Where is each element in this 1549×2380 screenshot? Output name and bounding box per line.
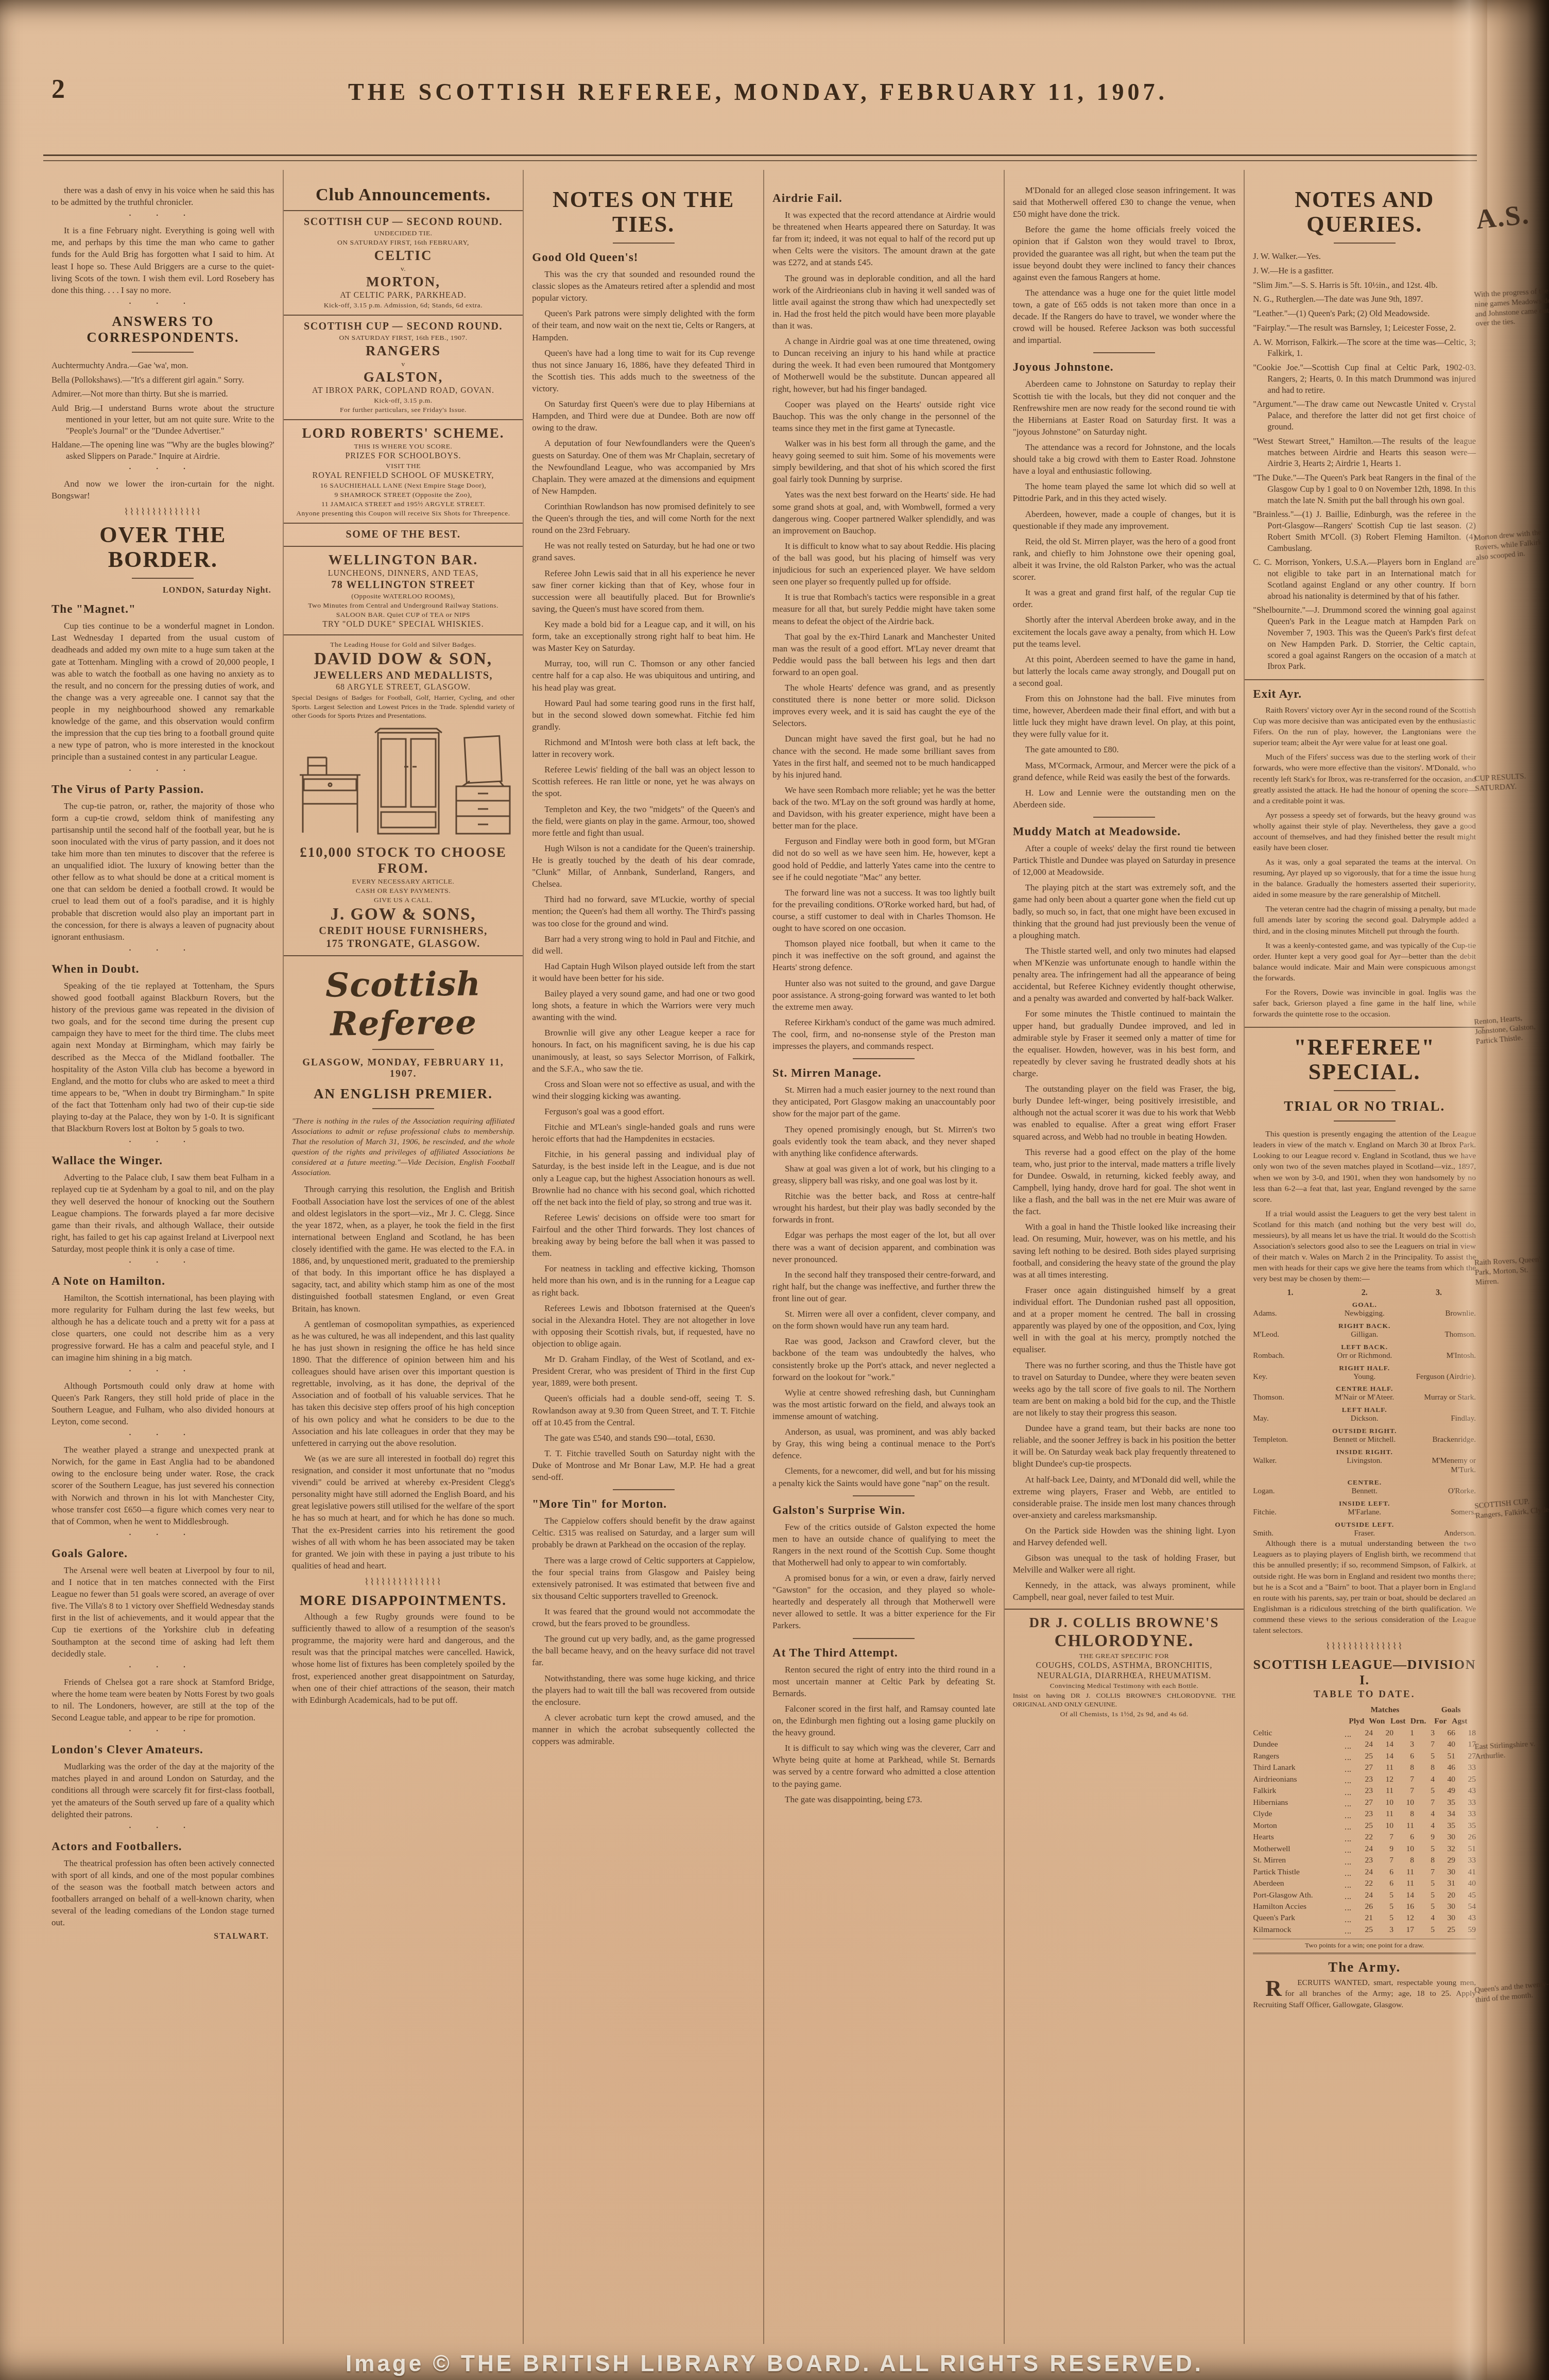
paragraph: Wylie at centre showed refreshing dash, … xyxy=(772,1387,995,1422)
team-name: Third Lanark xyxy=(1253,1763,1295,1772)
section-heading: TRIAL OR NO TRIAL. xyxy=(1253,1098,1476,1114)
paragraph: Queen's have had a long time to wait for… xyxy=(532,347,755,394)
advertisement: The Leading House for Gold and Silver Ba… xyxy=(292,641,515,720)
sub-heading: At The Third Attempt. xyxy=(772,1646,995,1660)
league-table-value: 25 xyxy=(1352,1924,1373,1936)
small-divider xyxy=(372,1049,434,1050)
paragraph: A deputation of four Newfoundlanders wer… xyxy=(532,437,755,497)
team-name: Hibernians xyxy=(1253,1798,1288,1807)
lineup-player: Bennett or Mitchell. xyxy=(1320,1435,1409,1445)
league-table-value: 11 xyxy=(1373,1762,1393,1773)
paragraph: It is true that Rombach's tactics were r… xyxy=(772,591,995,627)
team-name: Morton xyxy=(1253,1821,1277,1830)
advert-line: MORTON, xyxy=(292,274,515,290)
league-table-row: Port-Glasgow Ath.2451452045 xyxy=(1253,1890,1476,1901)
team-name: Hearts xyxy=(1253,1833,1273,1841)
advert-line: JEWELLERS AND MEDALLISTS, xyxy=(292,670,515,682)
paragraph: Anderson, as usual, was prominent, and w… xyxy=(772,1426,995,1461)
advert-line: J. GOW & SONS, xyxy=(292,905,515,924)
lineup-position-label: RIGHT HALF. xyxy=(1253,1364,1476,1372)
query-answer: Auld Brig.—I understand Burns wrote abou… xyxy=(51,403,274,436)
advert-line: SOME OF THE BEST. xyxy=(292,529,515,541)
paragraph: The weather played a strange and unexpec… xyxy=(51,1444,274,1527)
paragraph: St. Mirren had a much easier journey to … xyxy=(772,1084,995,1119)
league-table-team: Airdrieonians xyxy=(1253,1774,1344,1785)
league-table-team: Hamilton Accies xyxy=(1253,1901,1344,1912)
paragraph: The ground was in deplorable condition, … xyxy=(772,272,995,332)
paragraph: And now we lower the iron-curtain for th… xyxy=(51,478,274,502)
paragraph: Reid, the old St. Mirren player, was the… xyxy=(1013,536,1236,583)
page-header: 2 THE SCOTTISH REFEREE, MONDAY, FEBRUARY… xyxy=(44,61,1472,123)
dotted-leader xyxy=(1345,1832,1351,1841)
advertisement: SCOTTISH CUP — SECOND ROUND.ON SATURDAY … xyxy=(292,321,515,414)
page-left-edge xyxy=(0,0,41,2380)
lineup-player: M'Farlane. xyxy=(1320,1508,1409,1517)
advert-line: 78 WELLINGTON STREET xyxy=(292,579,515,591)
small-divider xyxy=(853,1058,915,1059)
section-heading: AN ENGLISH PREMIER. xyxy=(292,1086,515,1102)
paragraph: The whole Hearts' defence was grand, and… xyxy=(772,682,995,729)
paragraph: Bailey played a very sound game, and had… xyxy=(532,988,755,1023)
paragraph: A clever acrobatic turn kept the crowd a… xyxy=(532,1712,755,1747)
dotted-leader xyxy=(1345,1762,1351,1771)
league-table-value: 6 xyxy=(1373,1878,1393,1889)
league-table-value: 16 xyxy=(1393,1901,1414,1912)
paragraph: This was the cry that sounded and resoun… xyxy=(532,268,755,304)
article-headline: NOTES ON THE TIES. xyxy=(532,187,755,236)
paragraph: The cup-tie patron, or, rather, the majo… xyxy=(51,800,274,943)
sub-heading: The Virus of Party Passion. xyxy=(51,783,274,796)
league-table-row: Kilmarnock2531752559 xyxy=(1253,1924,1476,1936)
team-name: Clyde xyxy=(1253,1809,1272,1818)
league-table-value: 5 xyxy=(1414,1901,1435,1912)
league-table-value: 4 xyxy=(1414,1912,1435,1924)
sub-heading: Good Old Queen's! xyxy=(532,251,755,264)
advert-line: NEURALGIA, DIARRHŒA, RHEUMATISM. xyxy=(1013,1671,1236,1681)
lineup-row: May.Dickson.Findlay. xyxy=(1253,1414,1476,1424)
advert-line: AT CELTIC PARK, PARKHEAD. xyxy=(292,291,515,300)
sub-heading: A Note on Hamilton. xyxy=(51,1274,274,1288)
paragraph: This question is presently engaging the … xyxy=(1253,1129,1476,1205)
advert-line: PRIZES FOR SCHOOLBOYS. xyxy=(292,452,515,461)
paragraph: Queen's Park patrons were simply delight… xyxy=(532,307,755,343)
small-divider xyxy=(1093,817,1155,818)
league-table-row: Morton25101143535 xyxy=(1253,1820,1476,1832)
lineup-player: Rombach. xyxy=(1253,1351,1320,1361)
small-divider xyxy=(853,1495,915,1496)
lineup-player: Fraser. xyxy=(1320,1529,1409,1539)
sub-heading: Galston's Surprise Win. xyxy=(772,1504,995,1517)
league-table-row: St. Mirren237882933 xyxy=(1253,1855,1476,1866)
fold-text-fragment: CUP RESULTS. SATURDAY. xyxy=(1474,770,1549,794)
league-table-row: Partick Thistle2461173041 xyxy=(1253,1867,1476,1878)
paragraph: It is difficult to know what to say abou… xyxy=(772,540,995,588)
league-table-value: 12 xyxy=(1373,1774,1393,1785)
advert-line: Two Minutes from Central and Underground… xyxy=(292,601,515,610)
paragraph: In the second half they transposed their… xyxy=(772,1269,995,1304)
paragraph: Falconer scored in the first half, and R… xyxy=(772,1703,995,1738)
league-table-value: 17 xyxy=(1393,1924,1414,1936)
advertisement: DR J. COLLIS BROWNE'SCHLORODYNE.THE GREA… xyxy=(1013,1615,1236,1718)
league-table-value: 7 xyxy=(1373,1855,1393,1866)
paragraph: Fitchie and M'Lean's single-handed goals… xyxy=(532,1121,755,1145)
paragraph: Gibson was unequal to the task of holdin… xyxy=(1013,1552,1236,1576)
league-table-header-row: PlydWonLostDrn.ForAgst xyxy=(1253,1716,1476,1727)
league-table-value: 27 xyxy=(1352,1762,1373,1773)
advert-line: CELTIC xyxy=(292,248,515,264)
paragraph: For neatness in tackling and effective k… xyxy=(532,1263,755,1298)
advert-divider xyxy=(284,419,523,420)
advert-line: 16 SAUCHIEHALL LANE (Next Empire Stage D… xyxy=(292,481,515,490)
query-answer: Admirer.—Not more than thirty. But she i… xyxy=(51,388,274,400)
league-table-value: 7 xyxy=(1414,1797,1435,1808)
paragraph: There was no further scoring, and thus t… xyxy=(1013,1359,1236,1419)
league-table-value: 8 xyxy=(1393,1762,1414,1773)
paragraph: The outstanding player on the field was … xyxy=(1013,1083,1236,1143)
lineup-row: Smith.Fraser.Anderson. xyxy=(1253,1529,1476,1539)
lineup-row: M'Leod.Gilligan.Thomson. xyxy=(1253,1330,1476,1340)
advert-line: EVERY NECESSARY ARTICLE. xyxy=(292,877,515,886)
league-table-value: 3 xyxy=(1393,1739,1414,1750)
trial-team-number: 1. xyxy=(1253,1288,1327,1298)
paragraph: Clements, for a newcomer, did well, and … xyxy=(772,1465,995,1489)
trial-teams-header-row: 1.2.3. xyxy=(1253,1288,1476,1298)
advert-line: v xyxy=(292,360,515,368)
small-divider xyxy=(853,1638,915,1639)
paragraph: It was feared that the ground would not … xyxy=(532,1606,755,1629)
paragraph: At this point, Aberdeen seemed to have t… xyxy=(1013,653,1236,689)
lineup-player: May. xyxy=(1253,1414,1320,1424)
paragraph: Richmond and M'Intosh were both class at… xyxy=(532,736,755,760)
league-table-value: 24 xyxy=(1352,1739,1373,1750)
advert-line: 11 JAMAICA STREET and 195½ ARGYLE STREET… xyxy=(292,500,515,508)
paragraph: For some minutes the Thistle continued t… xyxy=(1013,1008,1236,1079)
paragraph: He was not really tested on Saturday, bu… xyxy=(532,540,755,563)
paragraph: The forward line was not a success. It w… xyxy=(772,887,995,934)
advert-line: DR J. COLLIS BROWNE'S xyxy=(1013,1615,1236,1631)
team-name: Port-Glasgow Ath. xyxy=(1253,1891,1313,1900)
paragraph: Kennedy, in the attack, was always promi… xyxy=(1013,1579,1236,1603)
league-table-value: 5 xyxy=(1414,1924,1435,1936)
league-table-value: 25 xyxy=(1352,1751,1373,1762)
lineup-row: Thomson.M'Nair or M'Ateer.Murray or Star… xyxy=(1253,1393,1476,1403)
advert-line: 175 TRONGATE, GLASGOW. xyxy=(292,938,515,950)
paragraph: The playing pitch at the start was extre… xyxy=(1013,882,1236,941)
paragraph: It was expected that the record attendan… xyxy=(772,209,995,269)
lineup-row: Walker.Livingston.M'Menemy or M'Turk. xyxy=(1253,1456,1476,1476)
league-table-value: 1 xyxy=(1393,1728,1414,1739)
league-table-value: 23 xyxy=(1352,1785,1373,1797)
league-table-value: 8 xyxy=(1393,1855,1414,1866)
fold-text-fragment: East Stirlingshire v. Arthurlie. xyxy=(1474,1738,1549,1762)
advert-line: Insist on having DR J. COLLIS BROWNE'S C… xyxy=(1013,1691,1236,1709)
paragraph: Referees Lewis and Ibbotson fraternised … xyxy=(532,1302,755,1350)
paragraph: Fitchie, in his general passing and indi… xyxy=(532,1148,755,1208)
sub-heading: Muddy Match at Meadowside. xyxy=(1013,825,1236,838)
header-divider xyxy=(43,154,1477,161)
advert-divider xyxy=(284,546,523,547)
league-table-row: Hearts227693026 xyxy=(1253,1832,1476,1843)
advert-line: THE GREAT SPECIFIC FOR xyxy=(1013,1652,1236,1660)
lineup-player: Gilligan. xyxy=(1320,1330,1409,1340)
lineup-row: Adams.Newbigging.Brownlie. xyxy=(1253,1309,1476,1319)
league-table-value: 12 xyxy=(1393,1912,1414,1924)
section-break-ornament: · · · xyxy=(51,1367,274,1376)
paragraph: It was a keenly-contested game, and was … xyxy=(1253,940,1476,984)
paragraph: Dundee have a grand team, but their back… xyxy=(1013,1422,1236,1470)
small-divider xyxy=(1334,1090,1396,1091)
lineup-player: Fitchie. xyxy=(1253,1508,1320,1517)
issue-dateline: GLASGOW, MONDAY, FEBRUARY 11, 1907. xyxy=(292,1057,515,1080)
section-heading: MORE DISAPPOINTMENTS. xyxy=(292,1593,515,1609)
league-table-value: 3 xyxy=(1373,1924,1393,1936)
league-table-col-header: Plyd xyxy=(1344,1716,1364,1727)
sub-heading: Actors and Footballers. xyxy=(51,1840,274,1853)
league-table-value: 10 xyxy=(1393,1843,1414,1855)
lineup-row: Rombach.Orr or Richmond.M'Intosh. xyxy=(1253,1351,1476,1361)
league-table-value: 4 xyxy=(1414,1774,1435,1785)
dotted-leader xyxy=(1345,1912,1351,1922)
team-name: Partick Thistle xyxy=(1253,1868,1300,1876)
paragraph: Brownlie will give any other League keep… xyxy=(532,1027,755,1074)
paragraph: We have seen Rombach more reliable; yet … xyxy=(772,784,995,832)
paragraph: If a trial would assist the Leaguers to … xyxy=(1253,1209,1476,1285)
query-answer: Haldane.—The opening line was "'Why are … xyxy=(51,439,274,462)
league-table-value: 8 xyxy=(1414,1762,1435,1773)
paragraph: Hugh Wilson is not a candidate for the Q… xyxy=(532,842,755,890)
dotted-leader xyxy=(1345,1924,1351,1934)
dotted-leader xyxy=(1345,1774,1351,1783)
library-watermark: Image © THE BRITISH LIBRARY BOARD. ALL R… xyxy=(0,2351,1549,2377)
paragraph: Mr D. Graham Findlay, of the West of Sco… xyxy=(532,1353,755,1389)
fold-text-fragment: With the progress of the nine games Mead… xyxy=(1474,286,1549,329)
paragraph: Referee Kirkham's conduct of the game wa… xyxy=(772,1016,995,1052)
league-table-row: Aberdeen2261153140 xyxy=(1253,1878,1476,1889)
league-table-row: Dundee2414374017 xyxy=(1253,1739,1476,1750)
paragraph: Referee John Lewis said that in all his … xyxy=(532,567,755,615)
league-table-value: 24 xyxy=(1352,1728,1373,1739)
paragraph: Ayr possess a speedy set of forwards, bu… xyxy=(1253,810,1476,853)
lineup-player: Newbigging. xyxy=(1320,1309,1409,1319)
paragraph: Fraser once again distinguished himself … xyxy=(1013,1284,1236,1356)
paragraph: Hamilton, the Scottish international, ha… xyxy=(51,1292,274,1364)
advert-line: Of all Chemists, 1s 1½d, 2s 9d, and 4s 6… xyxy=(1013,1710,1236,1718)
paragraph: St. Mirren were all over a confident, cl… xyxy=(772,1308,995,1332)
query-answer: "Leather."—(1) Queen's Park; (2) Old Mea… xyxy=(1253,308,1476,319)
league-table-footnote: Two points for a win; one point for a dr… xyxy=(1253,1939,1476,1950)
league-table-value: 9 xyxy=(1373,1843,1393,1855)
advert-divider xyxy=(1005,1609,1244,1610)
paragraph: Cup ties continue to be a wonderful magn… xyxy=(51,620,274,763)
paragraph: A gentleman of cosmopolitan sympathies, … xyxy=(292,1318,515,1449)
paragraph: Shortly after the interval Aberdeen brok… xyxy=(1013,614,1236,649)
league-table-team: Hearts xyxy=(1253,1832,1344,1843)
paragraph: The Cappielow coffers should benefit by … xyxy=(532,1515,755,1550)
paragraph: The gate was £540, and stands £90—total,… xyxy=(532,1432,755,1444)
league-table-title: SCOTTISH LEAGUE—DIVISION I. xyxy=(1253,1657,1476,1688)
advert-divider xyxy=(284,210,523,211)
lineup-position-label: LEFT BACK. xyxy=(1253,1343,1476,1351)
sub-heading: When in Doubt. xyxy=(51,962,274,976)
sub-heading: Wallace the Winger. xyxy=(51,1154,274,1167)
paragraph: Shaw at goal was given a lot of work, bu… xyxy=(772,1163,995,1186)
paragraph: Third had no forward, save M'Luckie, wor… xyxy=(532,893,755,929)
article-headline: OVER THE BORDER. xyxy=(51,523,274,572)
league-table-group-header: MatchesGoals xyxy=(1253,1704,1476,1716)
dateline: LONDON, Saturday Night. xyxy=(51,586,271,595)
league-table-value: 6 xyxy=(1393,1832,1414,1843)
section-heading: The Army. xyxy=(1253,1959,1476,1975)
paragraph: The home team played the same lot which … xyxy=(1013,480,1236,504)
advert-divider xyxy=(284,315,523,316)
paragraph: Ferguson and Findlay were both in good f… xyxy=(772,835,995,883)
sub-heading: Airdrie Fail. xyxy=(772,192,995,205)
paragraph: Ferguson's goal was a good effort. xyxy=(532,1106,755,1117)
paragraph: Mass, M'Cormack, Armour, and Mercer were… xyxy=(1013,760,1236,783)
league-table-value: 27 xyxy=(1352,1797,1373,1808)
query-answer: "Slim Jim."—S. S. Harris is 5ft. 10½in.,… xyxy=(1253,280,1476,291)
advertisement: WELLINGTON BAR.LUNCHEONS, DINNERS, AND T… xyxy=(292,552,515,629)
paragraph: The Arsenal were well beaten at Liverpoo… xyxy=(51,1564,274,1660)
lineup-position-label: INSIDE LEFT. xyxy=(1253,1499,1476,1508)
paragraph: Walker was in his best form all through … xyxy=(772,438,995,485)
paragraph: Ritchie was the better back, and Ross at… xyxy=(772,1190,995,1226)
fold-text-fragment: Raith Rovers, Queen's Park, Morton, St. … xyxy=(1474,1254,1549,1287)
paragraph: The Thistle started well, and only two m… xyxy=(1013,945,1236,1005)
paragraph: RECRUITS WANTED, smart, respectable youn… xyxy=(1253,1977,1476,2010)
paragraph: Barr had a very strong wing to hold in P… xyxy=(532,933,755,957)
paragraph: That goal by the ex-Third Lanark and Man… xyxy=(772,631,995,678)
paragraph: Howard Paul had some tearing good runs i… xyxy=(532,697,755,733)
dotted-leader xyxy=(1345,1855,1351,1864)
lineup-position-label: OUTSIDE LEFT. xyxy=(1253,1521,1476,1529)
small-divider xyxy=(372,1108,434,1109)
paragraph: Although Portsmouth could only draw at h… xyxy=(51,1380,274,1427)
league-table-subtitle: TABLE TO DATE. xyxy=(1253,1689,1476,1700)
league-table-value: 5 xyxy=(1414,1785,1435,1797)
query-answer: "Cookie Joe."—Scottish Cup final at Celt… xyxy=(1253,362,1476,395)
lineup-player: Walker. xyxy=(1253,1456,1320,1476)
lineup-player: Dickson. xyxy=(1320,1414,1409,1424)
paragraph: there was a dash of envy in his voice wh… xyxy=(51,184,274,208)
column-divider-rule xyxy=(1245,679,1484,680)
lineup-player: M'Leod. xyxy=(1253,1330,1320,1340)
section-break-ornament: · · · xyxy=(51,1138,274,1147)
furniture-illustration xyxy=(292,726,515,841)
spacer xyxy=(1253,1716,1344,1727)
league-table-row: Queen's Park2151243043 xyxy=(1253,1912,1476,1924)
fold-headline: A.S. xyxy=(1474,198,1531,236)
advert-line: For further particulars, see Friday's Is… xyxy=(292,406,515,414)
team-name: Falkirk xyxy=(1253,1786,1276,1795)
team-name: Dundee xyxy=(1253,1740,1278,1749)
page-number: 2 xyxy=(51,74,65,105)
team-name: Rangers xyxy=(1253,1752,1279,1761)
league-table-team: Port-Glasgow Ath. xyxy=(1253,1890,1344,1901)
lineup-position-label: CENTRE. xyxy=(1253,1478,1476,1487)
paragraph: Had Captain Hugh Wilson played outside l… xyxy=(532,960,755,984)
paragraph: With a goal in hand the Thistle looked l… xyxy=(1013,1221,1236,1281)
club-announcements-heading: Club Announcements. xyxy=(292,185,515,205)
small-divider xyxy=(1093,352,1155,353)
lineup-position-label: CENTRE HALF. xyxy=(1253,1385,1476,1393)
league-table-team: Kilmarnock xyxy=(1253,1924,1344,1936)
advert-line: TRY "OLD DUKE" SPECIAL WHISKIES. xyxy=(292,620,515,629)
paragraph: Aberdeen, however, made a couple of chan… xyxy=(1013,508,1236,532)
advert-line: CREDIT HOUSE FURNISHERS, xyxy=(292,925,515,937)
advert-line: Kick-off, 3.15 p.m. Admission, 6d; Stand… xyxy=(292,301,515,309)
paragraph: Cooper was played on the Hearts' outside… xyxy=(772,399,995,434)
advert-line: SCOTTISH CUP — SECOND ROUND. xyxy=(292,216,515,228)
paragraph: Adverting to the Palace club, I saw them… xyxy=(51,1171,274,1255)
fold-text-fragment: Queen's and the twenty-third of the mont… xyxy=(1474,1979,1549,2005)
section-break-ornament: · · · xyxy=(51,946,274,955)
lineup-player: Templeton. xyxy=(1253,1435,1320,1445)
query-answer: "Brainless."—(1) J. Baillie, Edinburgh, … xyxy=(1253,509,1476,554)
paragraph: After a couple of weeks' delay the first… xyxy=(1013,842,1236,878)
advert-line: ROYAL RENFIELD SCHOOL OF MUSKETRY, xyxy=(292,471,515,480)
newspaper-column-4: Airdrie Fail.It was expected that the re… xyxy=(763,170,1004,2344)
query-answer: J. W.—He is a gasfitter. xyxy=(1253,265,1476,277)
article-headline: NOTES AND QUERIES. xyxy=(1253,187,1476,236)
league-table-row: Airdrieonians2312744025 xyxy=(1253,1774,1476,1785)
paragraph: Friends of Chelsea got a rare shock at S… xyxy=(51,1676,274,1723)
small-divider xyxy=(132,578,194,579)
paragraph: The attendance was a record for Johnston… xyxy=(1013,441,1236,477)
sub-heading: Goals Galore. xyxy=(51,1547,274,1560)
dotted-leader xyxy=(1345,1785,1351,1795)
dotted-leader xyxy=(1345,1751,1351,1760)
paragraph: Notwithstanding, there was some huge kic… xyxy=(532,1672,755,1708)
advert-line: The Leading House for Gold and Silver Ba… xyxy=(292,641,515,649)
league-table-value: 11 xyxy=(1373,1785,1393,1797)
lineup-position-label: OUTSIDE RIGHT. xyxy=(1253,1427,1476,1435)
paragraph: From this on Johnstone had the ball. Fiv… xyxy=(1013,693,1236,740)
league-table-value: 14 xyxy=(1373,1751,1393,1762)
spacer xyxy=(1253,1704,1344,1716)
lineup-player: Livingston. xyxy=(1320,1456,1409,1476)
league-table-value: 5 xyxy=(1414,1878,1435,1889)
query-answer: N. G., Rutherglen.—The date was June 9th… xyxy=(1253,294,1476,305)
league-table-team: Partick Thistle xyxy=(1253,1867,1344,1878)
dotted-leader xyxy=(1345,1797,1351,1806)
small-divider xyxy=(132,352,194,353)
lineup-player: Smith. xyxy=(1253,1529,1320,1539)
small-divider xyxy=(1334,243,1396,244)
paragraph: Templeton and Key, the two "midgets" of … xyxy=(532,803,755,839)
paragraph: A promised bonus for a win, or even a dr… xyxy=(772,1572,995,1632)
dotted-leader xyxy=(1345,1843,1351,1853)
trial-team-number: 2. xyxy=(1328,1288,1402,1298)
league-table-value: 7 xyxy=(1414,1739,1435,1750)
small-divider xyxy=(613,1489,675,1490)
paragraph: On the Partick side Howden was the shini… xyxy=(1013,1525,1236,1548)
dotted-leader xyxy=(1345,1808,1351,1818)
masthead-script: Scottish Referee xyxy=(291,964,515,1044)
advert-line: v. xyxy=(292,265,515,273)
paragraph: Although a few Rugby grounds were found … xyxy=(292,1611,515,1706)
paragraph: H. Low and Lennie were the outstanding m… xyxy=(1013,787,1236,810)
paragraph: Referee Lewis' decisions on offside were… xyxy=(532,1212,755,1259)
paragraph: Referee Lewis' fielding of the ball was … xyxy=(532,764,755,799)
section-break-ornament: · · · xyxy=(51,767,274,775)
paragraph: Cross and Sloan were not so effective as… xyxy=(532,1078,755,1102)
league-table-value: 5 xyxy=(1414,1890,1435,1901)
paragraph: For the Rovers, Dowie was invincible in … xyxy=(1253,987,1476,1020)
advert-line: DAVID DOW & SON, xyxy=(292,650,515,669)
league-table-value: 24 xyxy=(1352,1867,1373,1878)
paragraph: Murray, too, will run C. Thomson or any … xyxy=(532,658,755,693)
